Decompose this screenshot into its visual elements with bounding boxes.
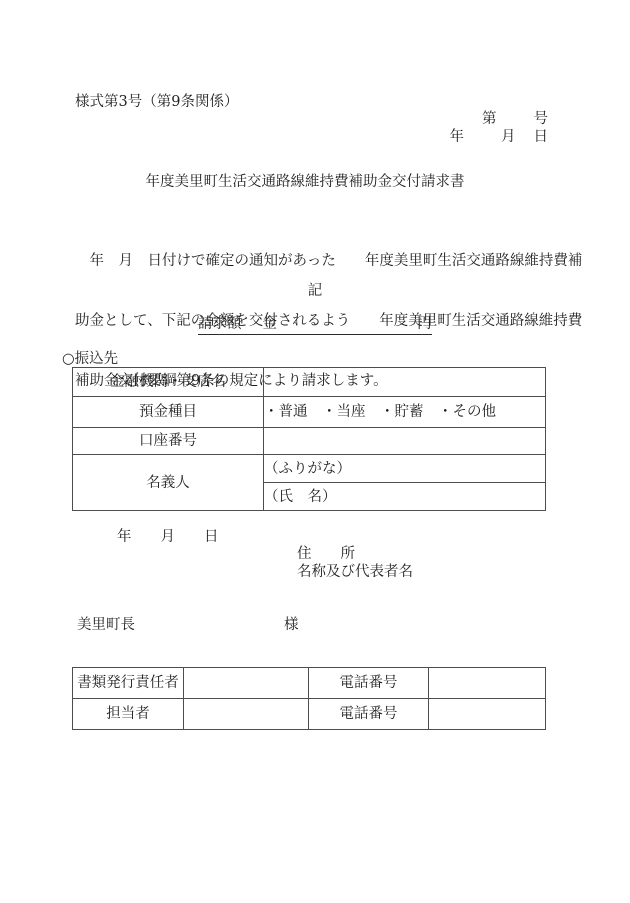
issue-date-month-label: 月: [501, 129, 516, 145]
issuer-label: 書類発行責任者: [73, 668, 184, 699]
staff-phone-value-cell: [429, 699, 546, 730]
bank-transfer-table: 金融機関・支店名 預金種目 ・普通 ・当座 ・貯蓄 ・その他 口座番号 名義人 …: [72, 367, 546, 511]
staff-phone-label: 電話番号: [309, 699, 429, 730]
account-number-label: 口座番号: [73, 428, 264, 455]
issuer-phone-label: 電話番号: [309, 668, 429, 699]
document-page: 様式第3号（第9条関係） 第号 年月日 年度美里町生活交通路線維持費補助金交付請…: [0, 0, 630, 903]
claim-currency-prefix: 金: [263, 316, 278, 332]
issuer-phone-value-cell: [429, 668, 546, 699]
issuer-value-cell: [184, 668, 309, 699]
issue-number-line: 第号: [482, 109, 548, 129]
issue-date-year-label: 年: [450, 129, 465, 145]
issue-number-suffix: 号: [534, 111, 549, 127]
deposit-type-label: 預金種目: [73, 397, 264, 428]
staff-value-cell: [184, 699, 309, 730]
issue-number-prefix: 第: [482, 111, 497, 127]
holder-name-cell: （氏 名）: [264, 483, 546, 511]
addressee-line: 美里町長様: [77, 615, 299, 635]
representative-name-label: 名称及び代表者名: [297, 562, 413, 582]
honorific-label: 様: [284, 617, 299, 633]
issue-date-line: 年月日: [450, 127, 549, 147]
form-number: 様式第3号（第9条関係）: [75, 92, 238, 112]
document-title: 年度美里町生活交通路線維持費補助金交付請求書: [0, 172, 620, 192]
note-marker: 記: [0, 281, 630, 301]
contact-table: 書類発行責任者 電話番号 担当者 電話番号: [72, 667, 546, 730]
addressee-name: 美里町長: [77, 617, 135, 633]
claim-amount-line: 請求額金円: [198, 315, 432, 335]
body-line-1: 年 月 日付けで確定の通知があった 年度美里町生活交通路線維持費補: [75, 251, 582, 271]
signature-date-line: 年 月 日: [117, 527, 219, 547]
table-row: 担当者 電話番号: [73, 699, 546, 730]
bank-name-label: 金融機関・支店名: [73, 368, 264, 397]
issue-date-day-label: 日: [534, 129, 549, 145]
claim-currency-suffix: 円: [417, 316, 432, 332]
holder-label: 名義人: [73, 455, 264, 511]
holder-furigana-cell: （ふりがな）: [264, 455, 546, 483]
account-number-value-cell: [264, 428, 546, 455]
staff-label: 担当者: [73, 699, 184, 730]
bank-name-value-cell: [264, 368, 546, 397]
address-label: 住 所: [297, 544, 355, 564]
claim-label: 請求額: [198, 316, 242, 332]
transfer-heading: ○振込先: [62, 349, 118, 369]
table-row: 書類発行責任者 電話番号: [73, 668, 546, 699]
deposit-type-options: ・普通 ・当座 ・貯蓄 ・その他: [264, 397, 546, 428]
